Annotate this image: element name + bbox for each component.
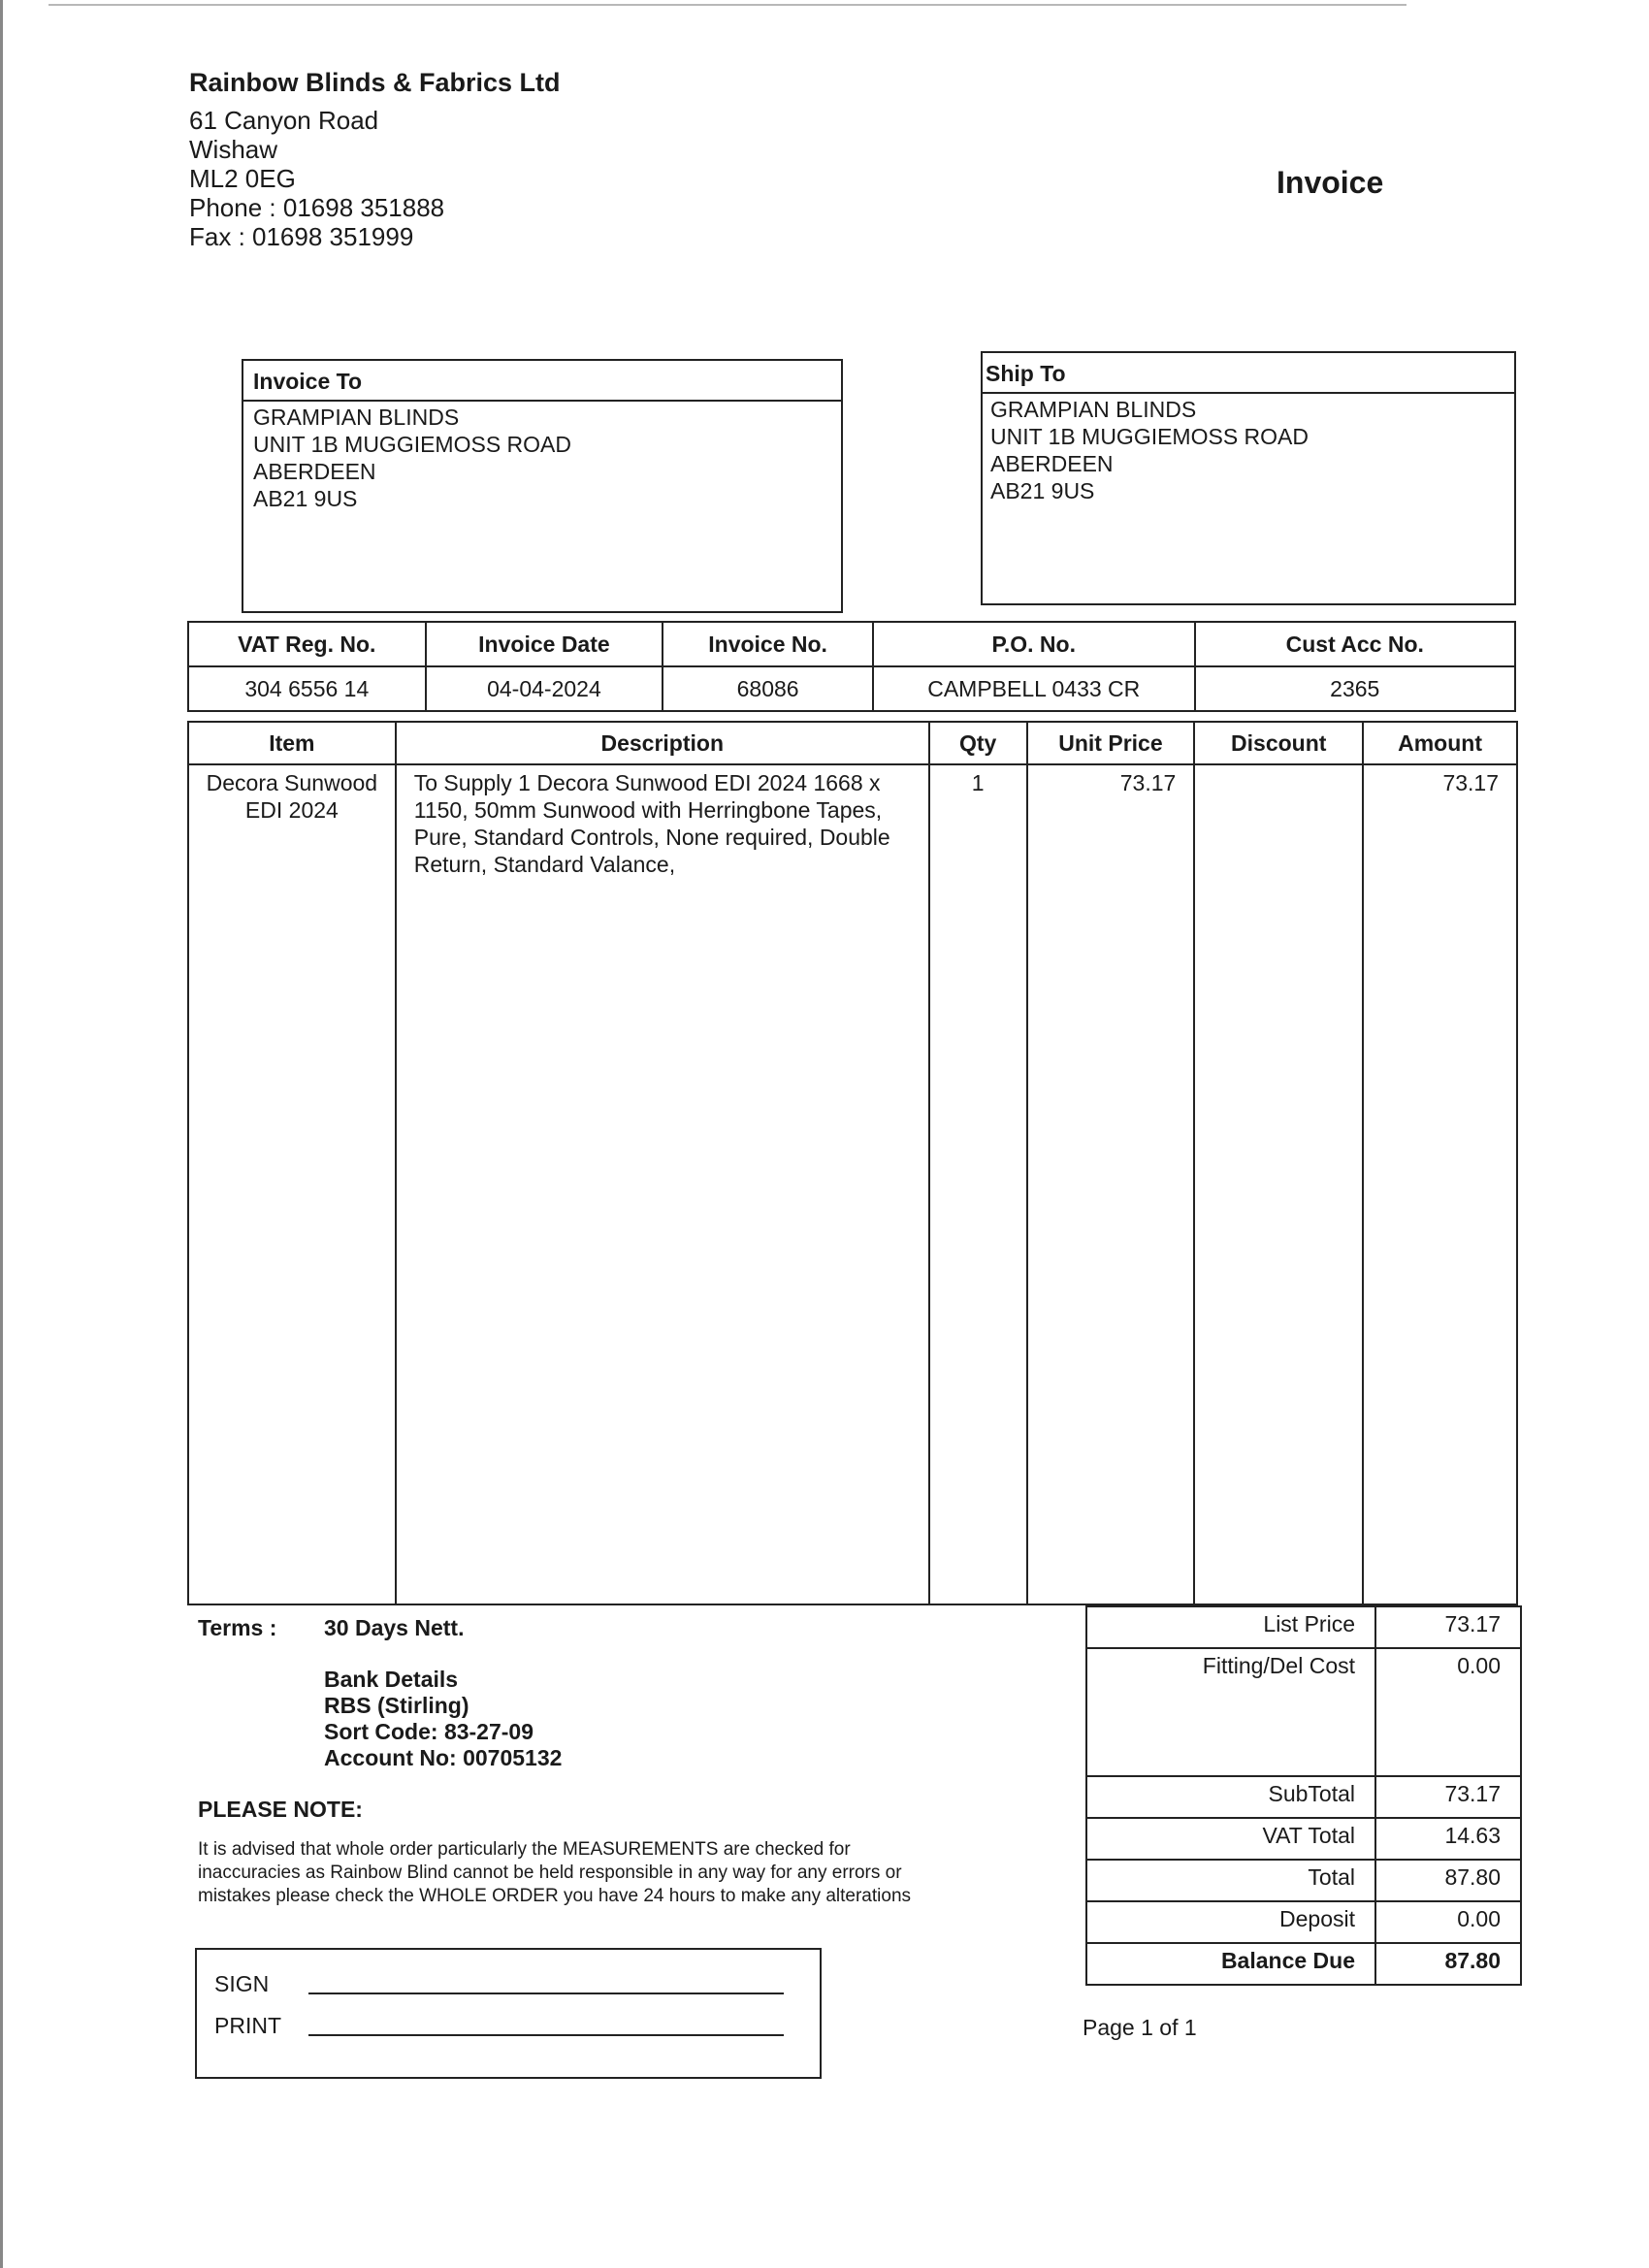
totals-row-list-price: List Price 73.17 xyxy=(1086,1606,1521,1648)
table-row: Decora Sunwood EDI 2024 To Supply 1 Deco… xyxy=(188,764,1517,1604)
company-address-line: Wishaw xyxy=(189,135,561,164)
bank-name: RBS (Stirling) xyxy=(324,1693,562,1719)
list-price-value: 73.17 xyxy=(1375,1606,1521,1648)
ship-to-heading: Ship To xyxy=(983,353,1514,394)
list-price-label: List Price xyxy=(1086,1606,1375,1648)
ship-to-address: GRAMPIAN BLINDS UNIT 1B MUGGIEMOSS ROAD … xyxy=(983,394,1514,506)
deposit-value: 0.00 xyxy=(1375,1901,1521,1943)
item-name: Decora Sunwood EDI 2024 xyxy=(188,764,396,1604)
bank-details-heading: Bank Details xyxy=(324,1667,562,1693)
account-no: Account No: 00705132 xyxy=(324,1745,562,1771)
company-name: Rainbow Blinds & Fabrics Ltd xyxy=(189,68,561,98)
bank-details: Bank Details RBS (Stirling) Sort Code: 8… xyxy=(324,1667,562,1771)
vat-total-value: 14.63 xyxy=(1375,1818,1521,1860)
address-line: UNIT 1B MUGGIEMOSS ROAD xyxy=(253,431,831,458)
balance-due-value: 87.80 xyxy=(1375,1943,1521,1985)
company-address-line: 61 Canyon Road xyxy=(189,106,561,135)
address-line: GRAMPIAN BLINDS xyxy=(990,396,1504,423)
totals-row-balance-due: Balance Due 87.80 xyxy=(1086,1943,1521,1985)
totals-row-deposit: Deposit 0.00 xyxy=(1086,1901,1521,1943)
line-items-table: Item Description Qty Unit Price Discount… xyxy=(187,721,1518,1605)
print-label: PRINT xyxy=(214,2013,281,2039)
cust-acc-no: 2365 xyxy=(1195,666,1515,711)
note-line: inaccuracies as Rainbow Blind cannot be … xyxy=(198,1862,1071,1885)
payment-terms: Terms :30 Days Nett. xyxy=(198,1615,464,1641)
note-line: mistakes please check the WHOLE ORDER yo… xyxy=(198,1885,1071,1908)
info-value-row: 304 6556 14 04-04-2024 68086 CAMPBELL 04… xyxy=(188,666,1515,711)
header-item: Item xyxy=(188,722,396,764)
scan-edge-top xyxy=(48,4,1406,6)
totals-row-fitting: Fitting/Del Cost 0.00 xyxy=(1086,1648,1521,1776)
header-discount: Discount xyxy=(1194,722,1363,764)
sign-line-field[interactable] xyxy=(308,1993,784,1994)
address-line: AB21 9US xyxy=(990,477,1504,504)
invoice-to-heading: Invoice To xyxy=(243,361,841,402)
invoice-to-address: GRAMPIAN BLINDS UNIT 1B MUGGIEMOSS ROAD … xyxy=(243,402,841,514)
header-amount: Amount xyxy=(1363,722,1517,764)
header-invoice-date: Invoice Date xyxy=(426,622,663,666)
signature-box: SIGN PRINT xyxy=(195,1948,822,2079)
invoice-no: 68086 xyxy=(663,666,873,711)
deposit-label: Deposit xyxy=(1086,1901,1375,1943)
print-line-field[interactable] xyxy=(308,2034,784,2036)
company-fax: Fax : 01698 351999 xyxy=(189,222,561,251)
address-line: ABERDEEN xyxy=(253,458,831,485)
total-label: Total xyxy=(1086,1860,1375,1901)
header-vat-reg-no: VAT Reg. No. xyxy=(188,622,426,666)
address-line: AB21 9US xyxy=(253,485,831,512)
invoice-date: 04-04-2024 xyxy=(426,666,663,711)
item-qty: 1 xyxy=(929,764,1027,1604)
totals-table: List Price 73.17 Fitting/Del Cost 0.00 S… xyxy=(1085,1605,1522,1986)
po-no: CAMPBELL 0433 CR xyxy=(873,666,1195,711)
note-line: It is advised that whole order particula… xyxy=(198,1838,1071,1862)
company-phone: Phone : 01698 351888 xyxy=(189,193,561,222)
info-header-row: VAT Reg. No. Invoice Date Invoice No. P.… xyxy=(188,622,1515,666)
balance-due-label: Balance Due xyxy=(1086,1943,1375,1985)
item-description: To Supply 1 Decora Sunwood EDI 2024 1668… xyxy=(396,764,929,1604)
sign-label: SIGN xyxy=(214,1971,269,1997)
terms-label: Terms : xyxy=(198,1615,324,1641)
header-cust-acc-no: Cust Acc No. xyxy=(1195,622,1515,666)
total-value: 87.80 xyxy=(1375,1860,1521,1901)
item-discount xyxy=(1194,764,1363,1604)
vat-total-label: VAT Total xyxy=(1086,1818,1375,1860)
address-line: GRAMPIAN BLINDS xyxy=(253,404,831,431)
note-body: It is advised that whole order particula… xyxy=(198,1838,1071,1908)
fitting-del-cost-value: 0.00 xyxy=(1375,1648,1521,1776)
ship-to-box: Ship To GRAMPIAN BLINDS UNIT 1B MUGGIEMO… xyxy=(981,351,1516,605)
page-number: Page 1 of 1 xyxy=(1083,2015,1197,2041)
terms-value: 30 Days Nett. xyxy=(324,1615,464,1640)
totals-row-subtotal: SubTotal 73.17 xyxy=(1086,1776,1521,1818)
header-qty: Qty xyxy=(929,722,1027,764)
document-title: Invoice xyxy=(1277,165,1383,201)
header-po-no: P.O. No. xyxy=(873,622,1195,666)
item-amount: 73.17 xyxy=(1363,764,1517,1604)
header-invoice-no: Invoice No. xyxy=(663,622,873,666)
totals-row-vat: VAT Total 14.63 xyxy=(1086,1818,1521,1860)
vat-reg-no: 304 6556 14 xyxy=(188,666,426,711)
items-header-row: Item Description Qty Unit Price Discount… xyxy=(188,722,1517,764)
fitting-del-cost-label: Fitting/Del Cost xyxy=(1086,1648,1375,1776)
address-line: ABERDEEN xyxy=(990,450,1504,477)
item-unit-price: 73.17 xyxy=(1027,764,1195,1604)
note-heading: PLEASE NOTE: xyxy=(198,1797,363,1823)
invoice-info-table: VAT Reg. No. Invoice Date Invoice No. P.… xyxy=(187,621,1516,712)
header-unit-price: Unit Price xyxy=(1027,722,1195,764)
invoice-to-box: Invoice To GRAMPIAN BLINDS UNIT 1B MUGGI… xyxy=(242,359,843,613)
totals-row-total: Total 87.80 xyxy=(1086,1860,1521,1901)
company-header: Rainbow Blinds & Fabrics Ltd 61 Canyon R… xyxy=(189,68,561,251)
scan-edge-left xyxy=(0,0,3,2268)
company-address-line: ML2 0EG xyxy=(189,164,561,193)
subtotal-label: SubTotal xyxy=(1086,1776,1375,1818)
sort-code: Sort Code: 83-27-09 xyxy=(324,1719,562,1745)
subtotal-value: 73.17 xyxy=(1375,1776,1521,1818)
address-line: UNIT 1B MUGGIEMOSS ROAD xyxy=(990,423,1504,450)
header-description: Description xyxy=(396,722,929,764)
